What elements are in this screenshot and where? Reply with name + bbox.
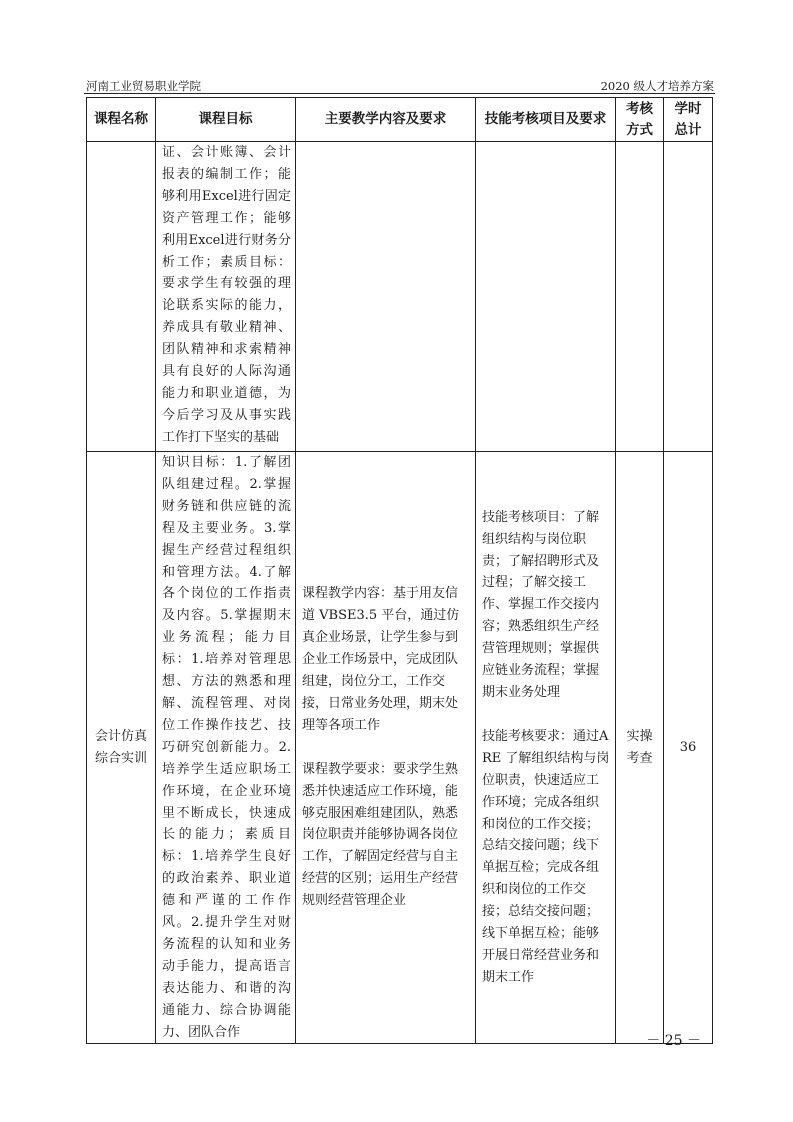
column-header-course-name: 课程名称	[87, 98, 156, 142]
header-rule	[84, 93, 715, 94]
course-name-line1: 会计仿真	[89, 726, 153, 748]
course-name-cell: 会计仿真 综合实训	[87, 452, 156, 1044]
assessment-method-header-line1: 考核	[616, 99, 663, 120]
skill-assessment-cell	[476, 142, 616, 452]
page-number: － 25 －	[0, 1030, 793, 1050]
table-header-row: 课程名称 课程目标 主要教学内容及要求 技能考核项目及要求 考核 方式 学时 总…	[87, 98, 713, 142]
institution-name: 河南工业贸易职业学院	[86, 78, 201, 94]
skill-requirements-paragraph: 技能考核要求：通过ARE 了解组织结构与岗位职责，快速适应工作环境；完成各组织和…	[482, 726, 611, 989]
skill-items-paragraph: 技能考核项目：了解组织结构与岗位职责；了解招聘形式及过程；了解交接工作、掌握工作…	[482, 507, 611, 704]
document-title: 2020 级人才培养方案	[601, 78, 714, 94]
table-row: 会计仿真 综合实训 知识目标：1.了解团队组建过程。2.掌握财务链和供应链的流程…	[87, 452, 713, 1044]
teaching-requirements-paragraph: 课程教学要求：要求学生熟悉并快速适应工作环境，能够克服困难组建团队，熟悉岗位职责…	[302, 759, 470, 912]
total-hours-header-line2: 总计	[664, 120, 712, 141]
assessment-method-line2: 考查	[618, 748, 661, 770]
column-header-total-hours: 学时 总计	[664, 98, 713, 142]
course-goals-cell: 知识目标：1.了解团队组建过程。2.掌握财务链和供应链的流程及主要业务。3.掌握…	[156, 452, 296, 1044]
column-header-course-goals: 课程目标	[156, 98, 296, 142]
column-header-teaching-content: 主要教学内容及要求	[296, 98, 476, 142]
total-hours-header-line1: 学时	[664, 99, 712, 120]
assessment-method-cell	[616, 142, 664, 452]
teaching-content-paragraph: 课程教学内容：基于用友信道 VBSE3.5 平台，通过仿真企业场景，让学生参与到…	[302, 583, 470, 736]
page-number-text: － 25 －	[646, 1033, 701, 1049]
assessment-method-cell: 实操 考查	[616, 452, 664, 1044]
page-header: 河南工业贸易职业学院 2020 级人才培养方案	[84, 78, 714, 94]
course-name-cell	[87, 142, 156, 452]
total-hours-cell: 36	[664, 452, 713, 1044]
teaching-content-cell: 课程教学内容：基于用友信道 VBSE3.5 平台，通过仿真企业场景，让学生参与到…	[296, 452, 476, 1044]
course-table: 课程名称 课程目标 主要教学内容及要求 技能考核项目及要求 考核 方式 学时 总…	[86, 97, 713, 1044]
skill-assessment-cell: 技能考核项目：了解组织结构与岗位职责；了解招聘形式及过程；了解交接工作、掌握工作…	[476, 452, 616, 1044]
paragraph-gap	[482, 704, 611, 726]
assessment-method-header-line2: 方式	[616, 120, 663, 141]
paragraph-gap	[302, 737, 470, 759]
column-header-skill-assessment: 技能考核项目及要求	[476, 98, 616, 142]
course-goals-cell: 证、会计账簿、会计报表的编制工作；能够利用Excel进行固定资产管理工作；能够利…	[156, 142, 296, 452]
teaching-content-cell	[296, 142, 476, 452]
total-hours-cell	[664, 142, 713, 452]
column-header-assessment-method: 考核 方式	[616, 98, 664, 142]
course-name-line2: 综合实训	[89, 748, 153, 770]
assessment-method-line1: 实操	[618, 726, 661, 748]
table-row: 证、会计账簿、会计报表的编制工作；能够利用Excel进行固定资产管理工作；能够利…	[87, 142, 713, 452]
